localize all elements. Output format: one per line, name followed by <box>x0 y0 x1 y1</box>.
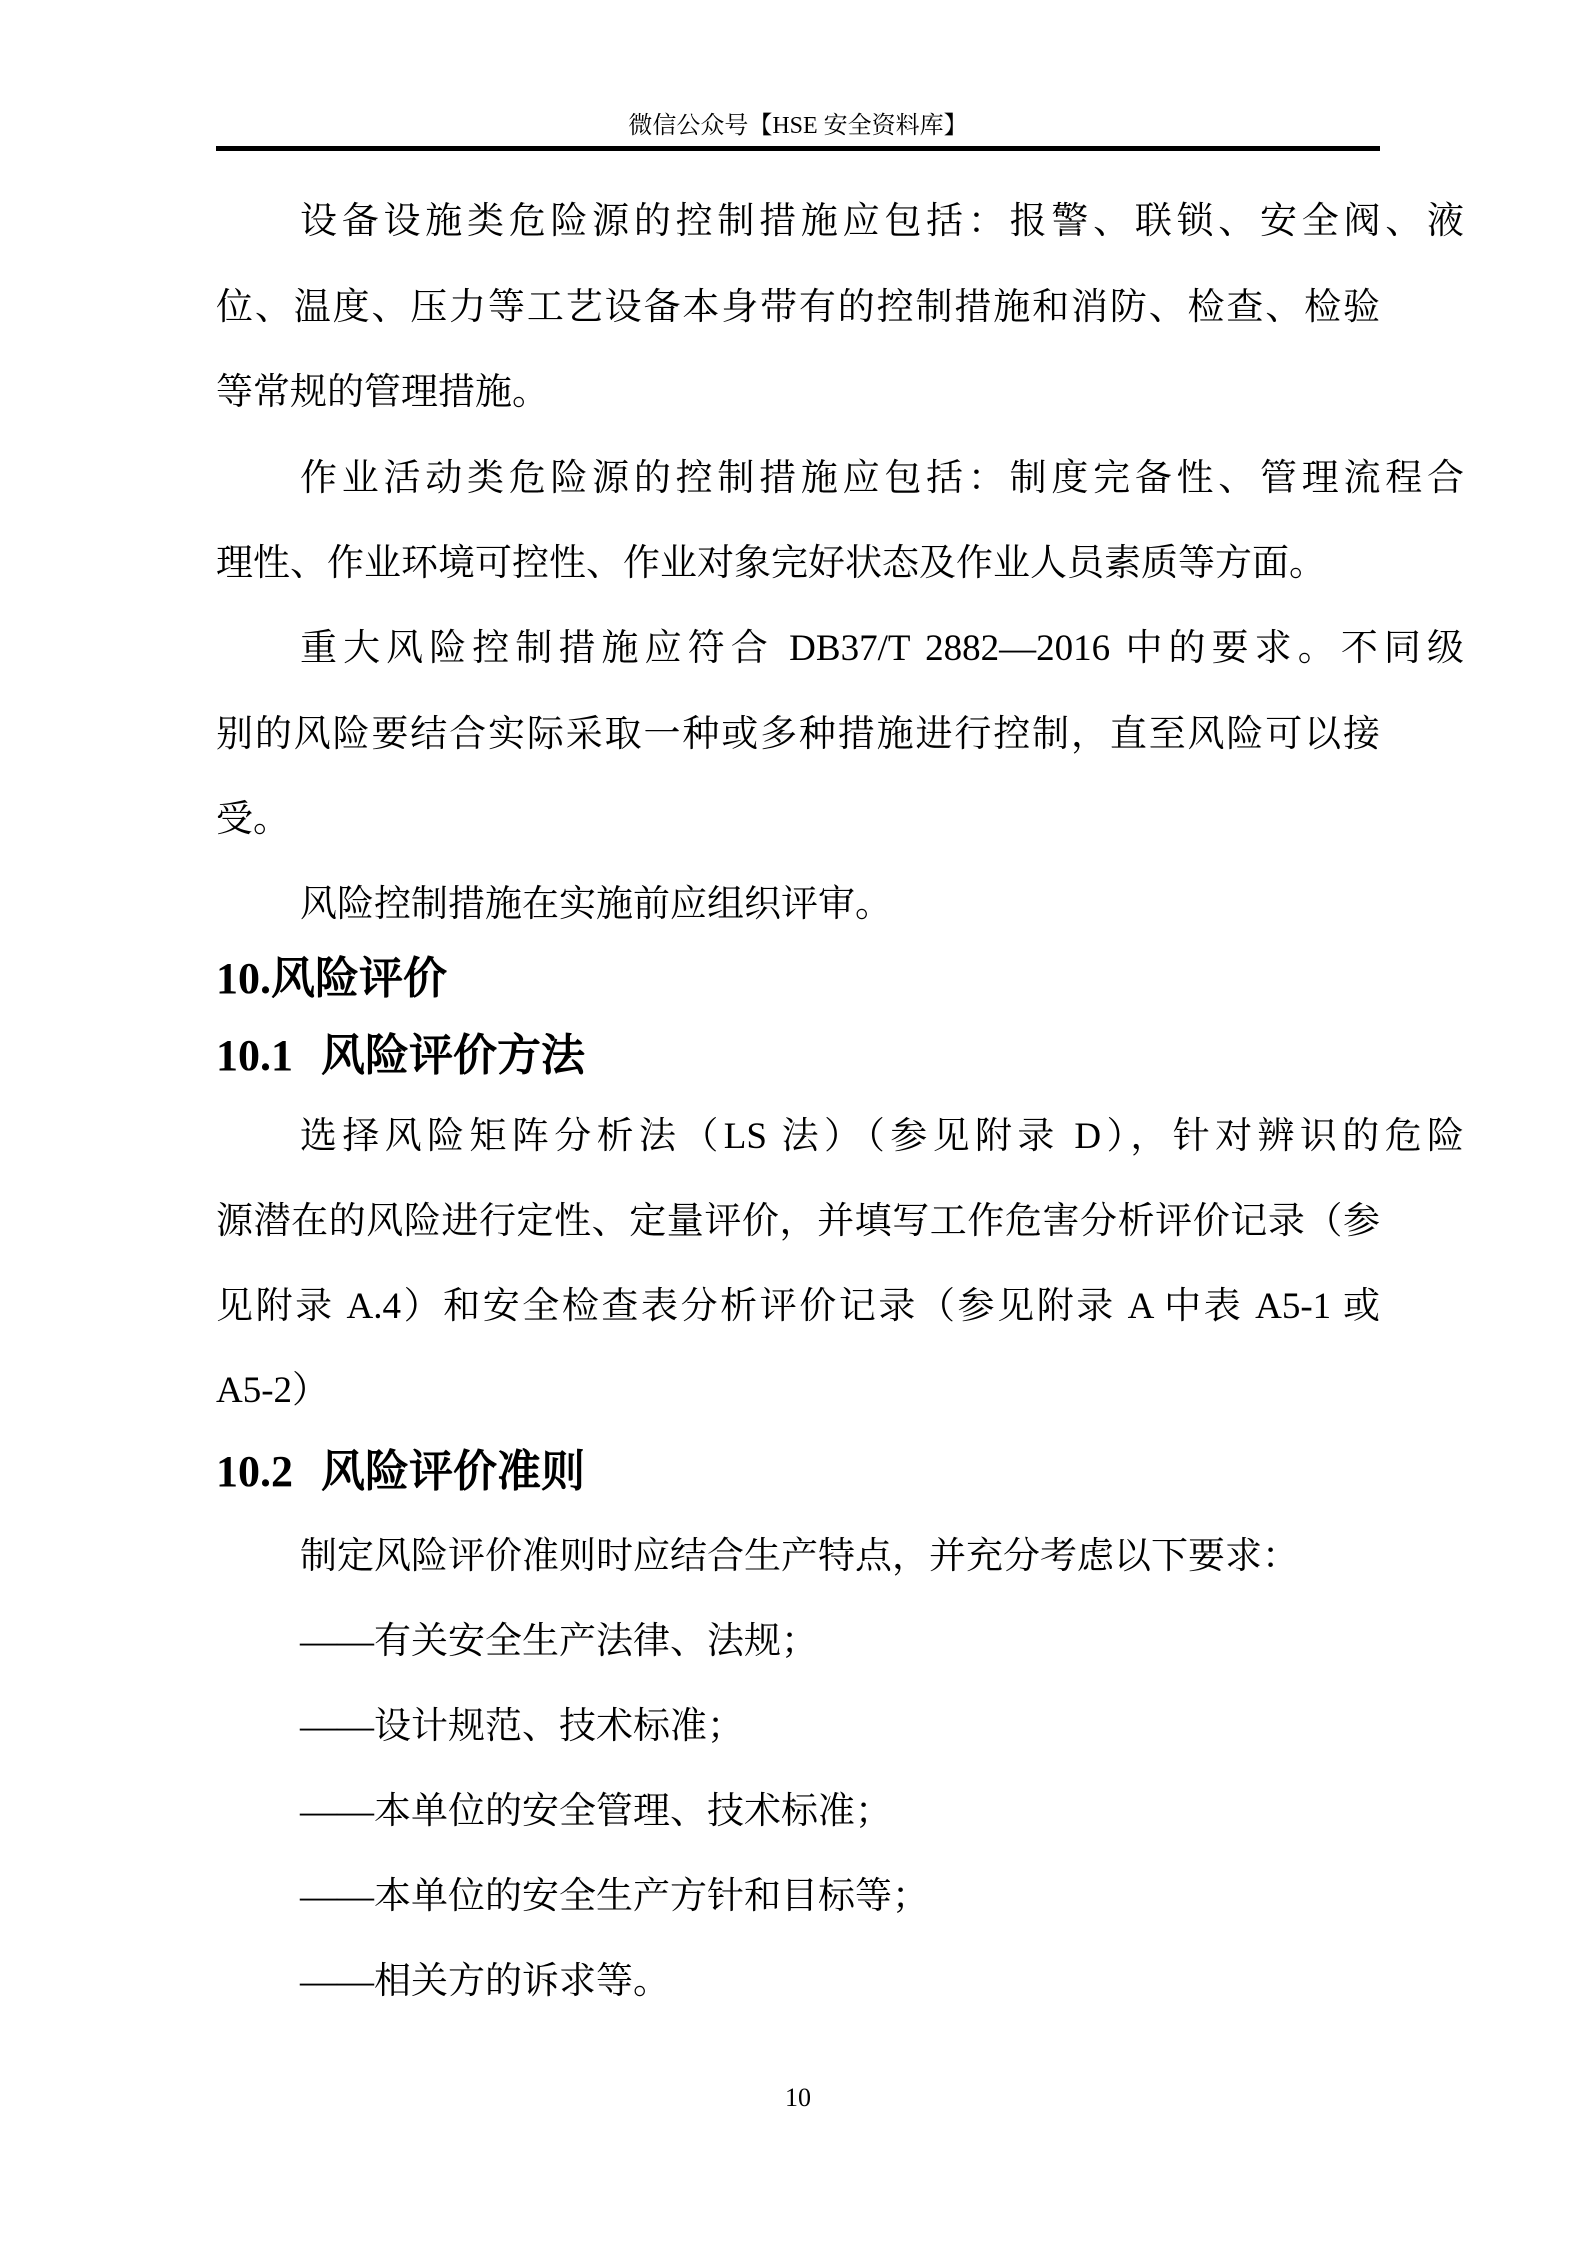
heading-10-1: 10.1风险评价方法 <box>216 1030 1380 1082</box>
header-rule <box>216 146 1380 151</box>
list-item: ——本单位的安全生产方针和目标等； <box>216 1874 1464 1920</box>
paragraph5-line3: 见附录 A.4）和安全检查表分析评价记录（参见附录 A 中表 A5-1 或 <box>216 1284 1380 1330</box>
paragraph5-line2: 源潜在的风险进行定性、定量评价，并填写工作危害分析评价记录（参 <box>216 1199 1380 1245</box>
heading-10: 10.风险评价 <box>216 953 1380 1005</box>
paragraph1-line2: 位、温度、压力等工艺设备本身带有的控制措施和消防、检查、检验 <box>216 285 1380 331</box>
paragraph5-line4: A5-2） <box>216 1368 1380 1414</box>
paragraph3-line3: 受。 <box>216 797 1380 843</box>
heading-10-2: 10.2风险评价准则 <box>216 1446 1380 1498</box>
paragraph1-line1: 设备设施类危险源的控制措施应包括：报警、联锁、安全阀、液 <box>216 199 1464 245</box>
paragraph3-line1: 重大风险控制措施应符合 DB37/T 2882—2016 中的要求。不同级 <box>216 626 1464 672</box>
paragraph4-line1: 风险控制措施在实施前应组织评审。 <box>216 882 1464 928</box>
heading-10-2-title: 风险评价准则 <box>321 1447 585 1496</box>
paragraph2-line1: 作业活动类危险源的控制措施应包括：制度完备性、管理流程合 <box>216 456 1464 502</box>
list-item: ——设计规范、技术标准； <box>216 1704 1464 1750</box>
paragraph6-line1: 制定风险评价准则时应结合生产特点，并充分考虑以下要求： <box>216 1534 1464 1580</box>
document-page: 微信公众号【HSE 安全资料库】 设备设施类危险源的控制措施应包括：报警、联锁、… <box>0 0 1587 2245</box>
paragraph5-line1: 选择风险矩阵分析法（LS 法）（参见附录 D），针对辨识的危险 <box>216 1114 1464 1160</box>
heading-10-1-number: 10.1 <box>216 1031 293 1080</box>
heading-10-1-title: 风险评价方法 <box>321 1031 585 1080</box>
heading-10-2-number: 10.2 <box>216 1447 293 1496</box>
paragraph2-line2: 理性、作业环境可控性、作业对象完好状态及作业人员素质等方面。 <box>216 541 1380 587</box>
list-item: ——本单位的安全管理、技术标准； <box>216 1789 1464 1835</box>
paragraph3-line2: 别的风险要结合实际采取一种或多种措施进行控制，直至风险可以接 <box>216 712 1380 758</box>
page-header-title: 微信公众号【HSE 安全资料库】 <box>216 111 1380 141</box>
list-item: ——有关安全生产法律、法规； <box>216 1619 1464 1665</box>
heading-10-title: 风险评价 <box>271 954 447 1003</box>
paragraph1-line3: 等常规的管理措施。 <box>216 370 1380 416</box>
list-item: ——相关方的诉求等。 <box>216 1959 1464 2005</box>
heading-10-number: 10. <box>216 954 271 1003</box>
page-number: 10 <box>216 2082 1380 2114</box>
